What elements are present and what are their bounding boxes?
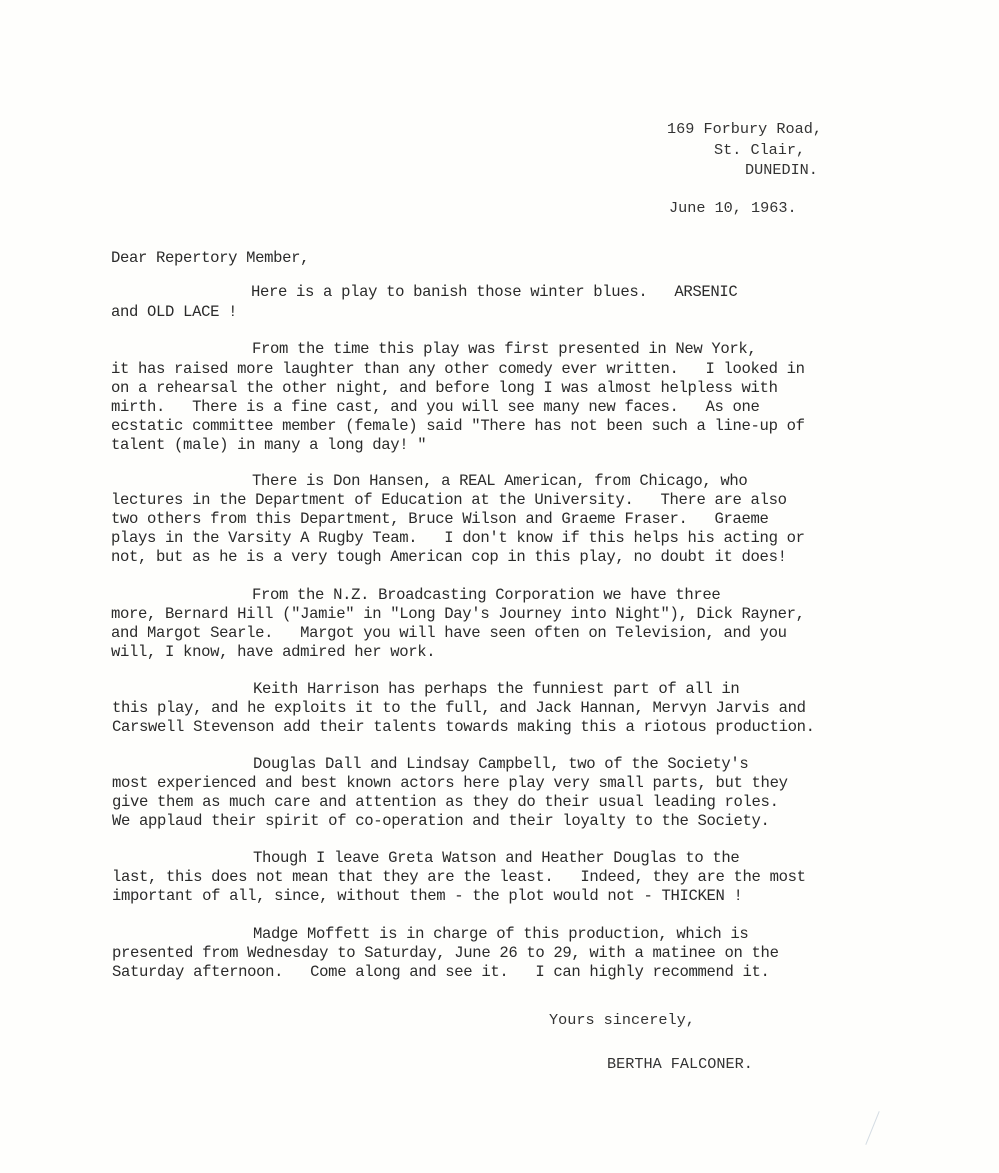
paragraph-line: mirth. There is a fine cast, and you wil… <box>111 398 760 417</box>
paragraph-line: talent (male) in many a long day! " <box>111 436 426 455</box>
paragraph-line: give them as much care and attention as … <box>112 793 779 812</box>
paragraph-line: Madge Moffett is in charge of this produ… <box>253 925 748 944</box>
paragraph-line: not, but as he is a very tough American … <box>111 548 787 567</box>
pen-mark <box>865 1111 879 1145</box>
paragraph-line: Douglas Dall and Lindsay Campbell, two o… <box>253 755 748 774</box>
paragraph-line: most experienced and best known actors h… <box>112 774 788 793</box>
paragraph-line: presented from Wednesday to Saturday, Ju… <box>112 944 779 963</box>
paragraph-line: Here is a play to banish those winter bl… <box>251 283 737 302</box>
paragraph-line: and OLD LACE ! <box>111 303 237 322</box>
signature: BERTHA FALCONER. <box>607 1055 753 1074</box>
paragraph-line: it has raised more laughter than any oth… <box>111 360 805 379</box>
paragraph-line: will, I know, have admired her work. <box>111 643 435 662</box>
paragraph-line: last, this does not mean that they are t… <box>112 868 806 887</box>
letter-page: 169 Forbury Road, St. Clair, DUNEDIN. Ju… <box>0 0 999 1173</box>
paragraph-line: We applaud their spirit of co-operation … <box>112 812 770 831</box>
address-line-street: 169 Forbury Road, <box>667 120 822 139</box>
paragraph-line: important of all, since, without them - … <box>112 887 743 906</box>
paragraph-line: ecstatic committee member (female) said … <box>111 417 805 436</box>
paragraph-line: There is Don Hansen, a REAL American, fr… <box>252 472 747 491</box>
address-line-city: DUNEDIN. <box>745 161 818 180</box>
paragraph-line: From the time this play was first presen… <box>252 340 756 359</box>
letter-date: June 10, 1963. <box>669 199 797 218</box>
paragraph-line: this play, and he exploits it to the ful… <box>112 699 806 718</box>
paragraph-line: From the N.Z. Broadcasting Corporation w… <box>252 586 720 605</box>
closing: Yours sincerely, <box>549 1011 695 1030</box>
paragraph-line: more, Bernard Hill ("Jamie" in "Long Day… <box>111 605 805 624</box>
paragraph-line: Keith Harrison has perhaps the funniest … <box>253 680 739 699</box>
paragraph-line: lectures in the Department of Education … <box>111 491 787 510</box>
paragraph-line: Carswell Stevenson add their talents tow… <box>112 718 815 737</box>
paragraph-line: on a rehearsal the other night, and befo… <box>111 379 778 398</box>
paragraph-line: two others from this Department, Bruce W… <box>111 510 769 529</box>
paragraph-line: plays in the Varsity A Rugby Team. I don… <box>111 529 805 548</box>
salutation: Dear Repertory Member, <box>111 249 309 268</box>
paragraph-line: and Margot Searle. Margot you will have … <box>111 624 787 643</box>
paragraph-line: Saturday afternoon. Come along and see i… <box>112 963 770 982</box>
address-line-suburb: St. Clair, <box>714 141 805 160</box>
paragraph-line: Though I leave Greta Watson and Heather … <box>253 849 739 868</box>
